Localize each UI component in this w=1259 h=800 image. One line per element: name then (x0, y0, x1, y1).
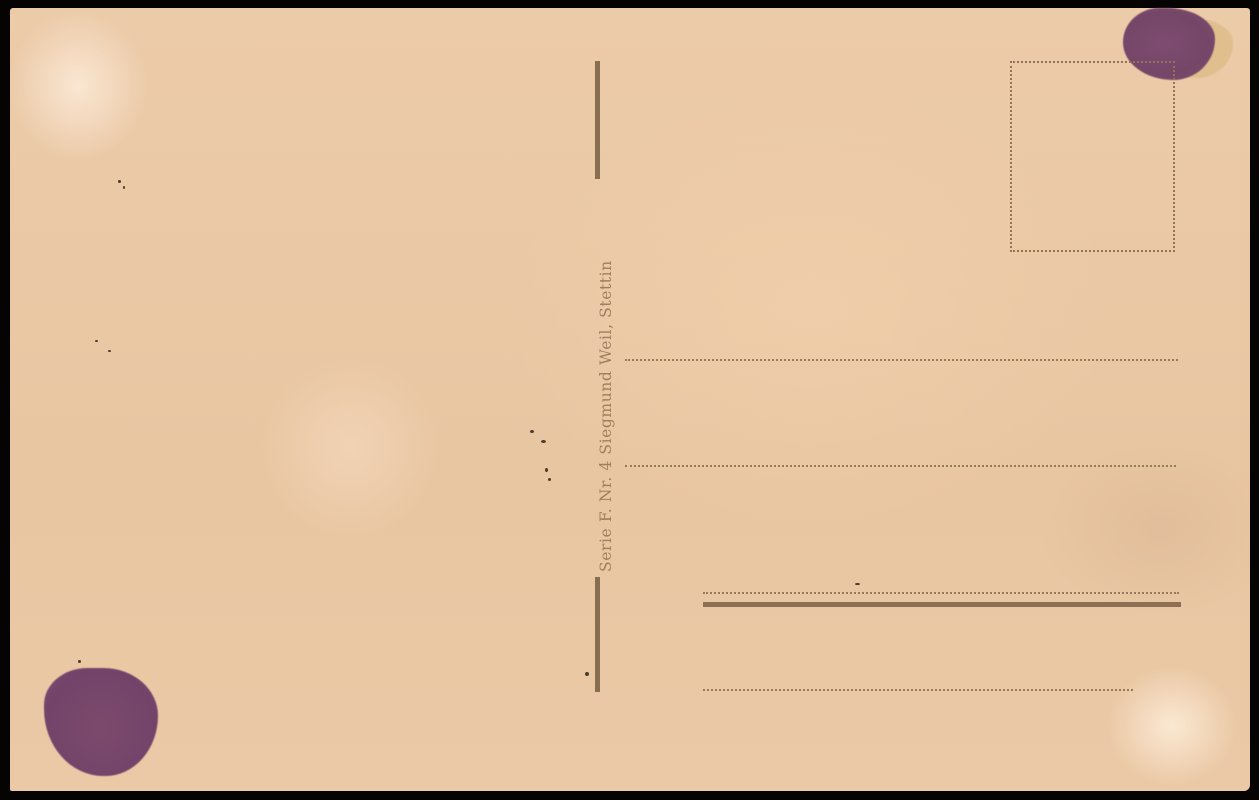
address-line-3 (703, 592, 1179, 594)
center-divider-bottom (595, 577, 600, 692)
address-line-4 (703, 689, 1133, 691)
foxing-speck (78, 660, 81, 663)
foxing-speck (123, 186, 125, 189)
stamp-placeholder-box (1010, 61, 1175, 252)
foxing-speck (108, 350, 111, 352)
address-line-2 (625, 465, 1176, 467)
foxing-speck (530, 430, 534, 433)
foxing-speck (585, 672, 589, 676)
address-line-solid (703, 602, 1181, 607)
foxing-speck (541, 440, 546, 443)
foxing-speck (855, 583, 860, 585)
publisher-imprint: Serie F. Nr. 4 Siegmund Weil, Stettin (597, 180, 615, 572)
foxing-speck (118, 180, 121, 183)
foxing-speck (548, 478, 551, 481)
photo-frame: Serie F. Nr. 4 Siegmund Weil, Stettin (0, 0, 1259, 800)
foxing-speck (95, 340, 98, 342)
center-divider-top (595, 61, 600, 179)
address-line-1 (625, 359, 1178, 361)
foxing-speck (545, 468, 548, 472)
